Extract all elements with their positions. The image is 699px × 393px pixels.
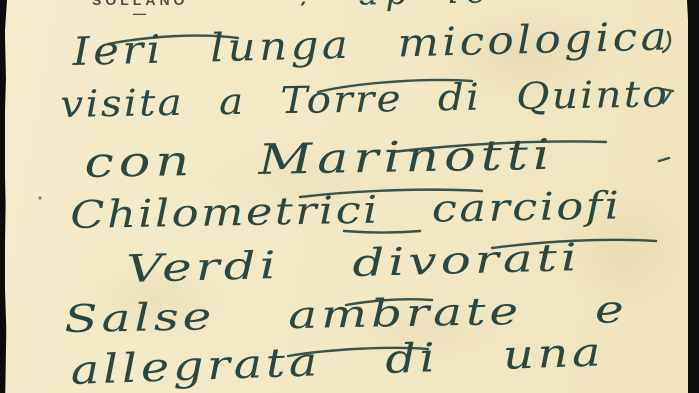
letterhead-rule: —: [133, 10, 155, 18]
handwritten-line-5: Verdi divorati: [126, 238, 581, 288]
date-fragment-text: 7 ap le: [296, 0, 486, 12]
letter-photo: SOLLANO — 7 ap le Ieri lunga micologica …: [0, 0, 699, 393]
letterhead: SOLLANO: [92, 0, 188, 8]
handwritten-line-2: visita a Torre di Quinto: [60, 75, 669, 123]
handwritten-line-4: Chilometrici carciofi: [70, 186, 622, 234]
letterhead-text: SOLLANO: [92, 0, 188, 7]
handwritten-line-3: con Marinotti: [84, 134, 555, 184]
film-border-right: [687, 0, 699, 393]
